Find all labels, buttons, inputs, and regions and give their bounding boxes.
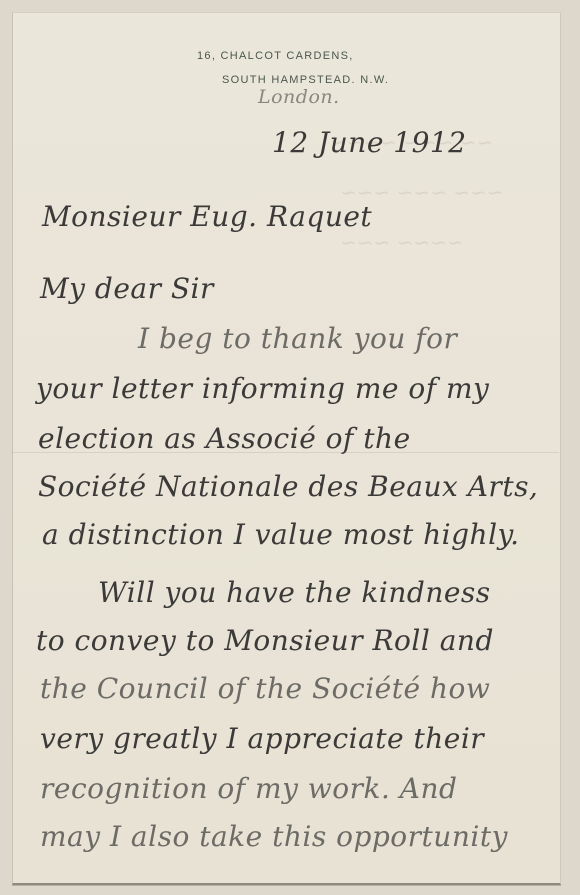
letter-date: 12 June 1912: [272, 126, 467, 159]
body-line-7: to convey to Monsieur Roll and: [36, 624, 494, 657]
recipient-line: Monsieur Eug. Raquet: [42, 200, 372, 233]
letterhead-address-line-2: SOUTH HAMPSTEAD. N.W.: [222, 74, 389, 86]
scanned-letter: ~~ ~~~ ~~~~ ~~~ ~~~ ~~~ ~~~~ ~~~ 16, CHA…: [0, 0, 580, 895]
show-through-text: ~~~~ ~~~: [340, 230, 464, 254]
body-line-4: Société Nationale des Beaux Arts,: [38, 470, 538, 503]
body-line-9: very greatly I appreciate their: [40, 722, 484, 755]
salutation: My dear Sir: [40, 272, 214, 305]
letterhead-address-line-1: 16, CHALCOT CARDENS,: [197, 50, 354, 62]
place-line: London.: [258, 86, 340, 108]
body-line-1: I beg to thank you for: [138, 322, 457, 355]
body-line-8: the Council of the Société how: [40, 672, 490, 705]
body-line-10: recognition of my work. And: [40, 772, 457, 805]
body-line-2: your letter informing me of my: [36, 372, 489, 405]
body-line-3: election as Associé of the: [38, 422, 411, 455]
body-line-5: a distinction I value most highly.: [42, 518, 520, 551]
body-line-6: Will you have the kindness: [98, 576, 491, 609]
body-line-11: may I also take this opportunity: [40, 820, 508, 853]
